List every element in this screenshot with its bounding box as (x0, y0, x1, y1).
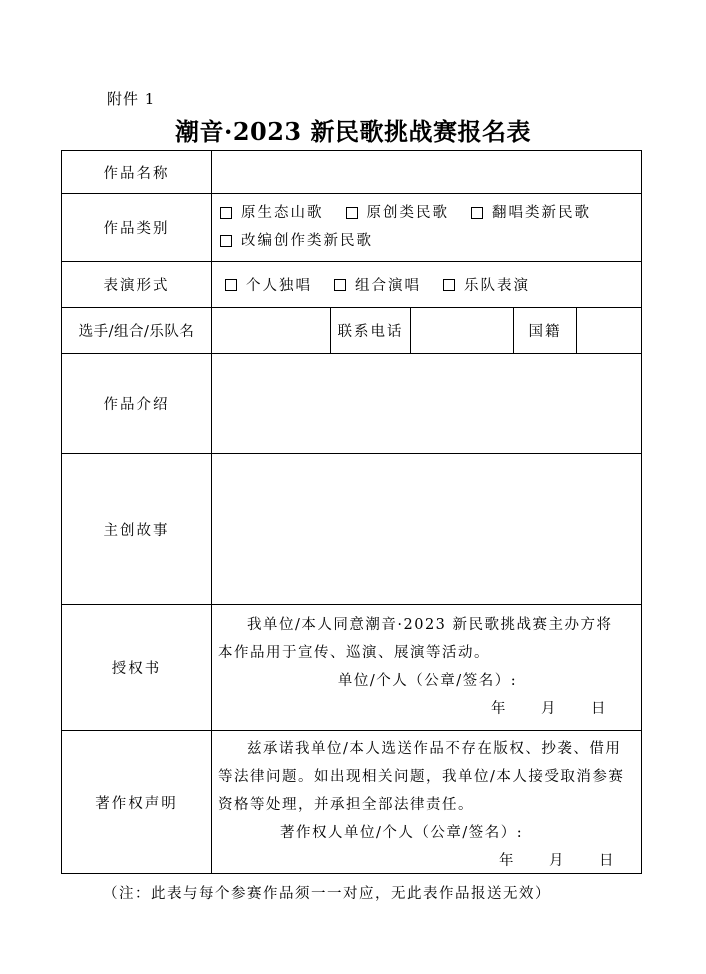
performer-name-field[interactable] (212, 308, 331, 353)
checkbox-icon[interactable] (220, 235, 232, 247)
category-option-adapted[interactable]: 改编创作类新民歌 (220, 228, 373, 254)
checkbox-icon[interactable] (443, 279, 455, 291)
performer-label: 选手/组合/乐队名 (62, 308, 212, 353)
nationality-label: 国籍 (514, 308, 577, 353)
row-performer: 选手/组合/乐队名 联系电话 国籍 (62, 308, 641, 354)
category-option-original-song[interactable]: 原创类民歌 (346, 200, 450, 226)
performance-option-solo[interactable]: 个人独唱 (225, 274, 312, 295)
attachment-label: 附件 1 (107, 88, 155, 109)
work-name-label: 作品名称 (62, 151, 212, 193)
checkbox-icon[interactable] (471, 207, 483, 219)
checkbox-icon[interactable] (346, 207, 358, 219)
checkbox-icon[interactable] (225, 279, 237, 291)
story-label: 主创故事 (62, 454, 212, 604)
category-label: 作品类别 (62, 194, 212, 261)
nationality-field[interactable] (577, 308, 641, 353)
intro-field[interactable] (212, 354, 641, 453)
page-title: 潮音·2023 新民歌挑战赛报名表 (0, 112, 706, 147)
row-story: 主创故事 (62, 454, 641, 605)
authorization-label: 授权书 (62, 605, 212, 730)
row-performance: 表演形式 个人独唱 组合演唱 乐队表演 (62, 262, 641, 308)
category-options: 原生态山歌原创类民歌翻唱类新民歌 改编创作类新民歌 (212, 194, 641, 261)
registration-form-table: 作品名称 作品类别 原生态山歌原创类民歌翻唱类新民歌 改编创作类新民歌 表演形式… (61, 150, 642, 874)
intro-label: 作品介绍 (62, 354, 212, 453)
category-option-original-folk[interactable]: 原生态山歌 (220, 200, 324, 226)
authorization-date: 年月日 (218, 695, 637, 723)
checkbox-icon[interactable] (220, 207, 232, 219)
copyright-text: 兹承诺我单位/本人选送作品不存在版权、抄袭、借用 等法律问题。如出现相关问题，我… (212, 731, 641, 873)
phone-field[interactable] (411, 308, 514, 353)
performance-option-band[interactable]: 乐队表演 (443, 274, 530, 295)
copyright-date: 年月日 (218, 847, 637, 875)
category-option-cover[interactable]: 翻唱类新民歌 (471, 200, 591, 226)
performance-label: 表演形式 (62, 262, 212, 307)
authorization-signature: 单位/个人（公章/签名）: (218, 667, 637, 695)
row-category: 作品类别 原生态山歌原创类民歌翻唱类新民歌 改编创作类新民歌 (62, 194, 641, 262)
authorization-text: 我单位/本人同意潮音·2023 新民歌挑战赛主办方将 本作品用于宣传、巡演、展演… (212, 605, 641, 730)
story-field[interactable] (212, 454, 641, 604)
work-name-field[interactable] (212, 151, 641, 193)
performance-options: 个人独唱 组合演唱 乐队表演 (212, 262, 641, 307)
phone-label: 联系电话 (331, 308, 411, 353)
row-work-name: 作品名称 (62, 151, 641, 194)
row-authorization: 授权书 我单位/本人同意潮音·2023 新民歌挑战赛主办方将 本作品用于宣传、巡… (62, 605, 641, 731)
footer-note: （注：此表与每个参赛作品须一一对应，无此表作品报送无效） (103, 882, 551, 903)
checkbox-icon[interactable] (334, 279, 346, 291)
row-copyright: 著作权声明 兹承诺我单位/本人选送作品不存在版权、抄袭、借用 等法律问题。如出现… (62, 731, 641, 873)
copyright-label: 著作权声明 (62, 731, 212, 873)
performance-option-group[interactable]: 组合演唱 (334, 274, 421, 295)
copyright-signature: 著作权人单位/个人（公章/签名）: (218, 819, 637, 847)
row-intro: 作品介绍 (62, 354, 641, 454)
performer-details: 联系电话 国籍 (212, 308, 641, 353)
